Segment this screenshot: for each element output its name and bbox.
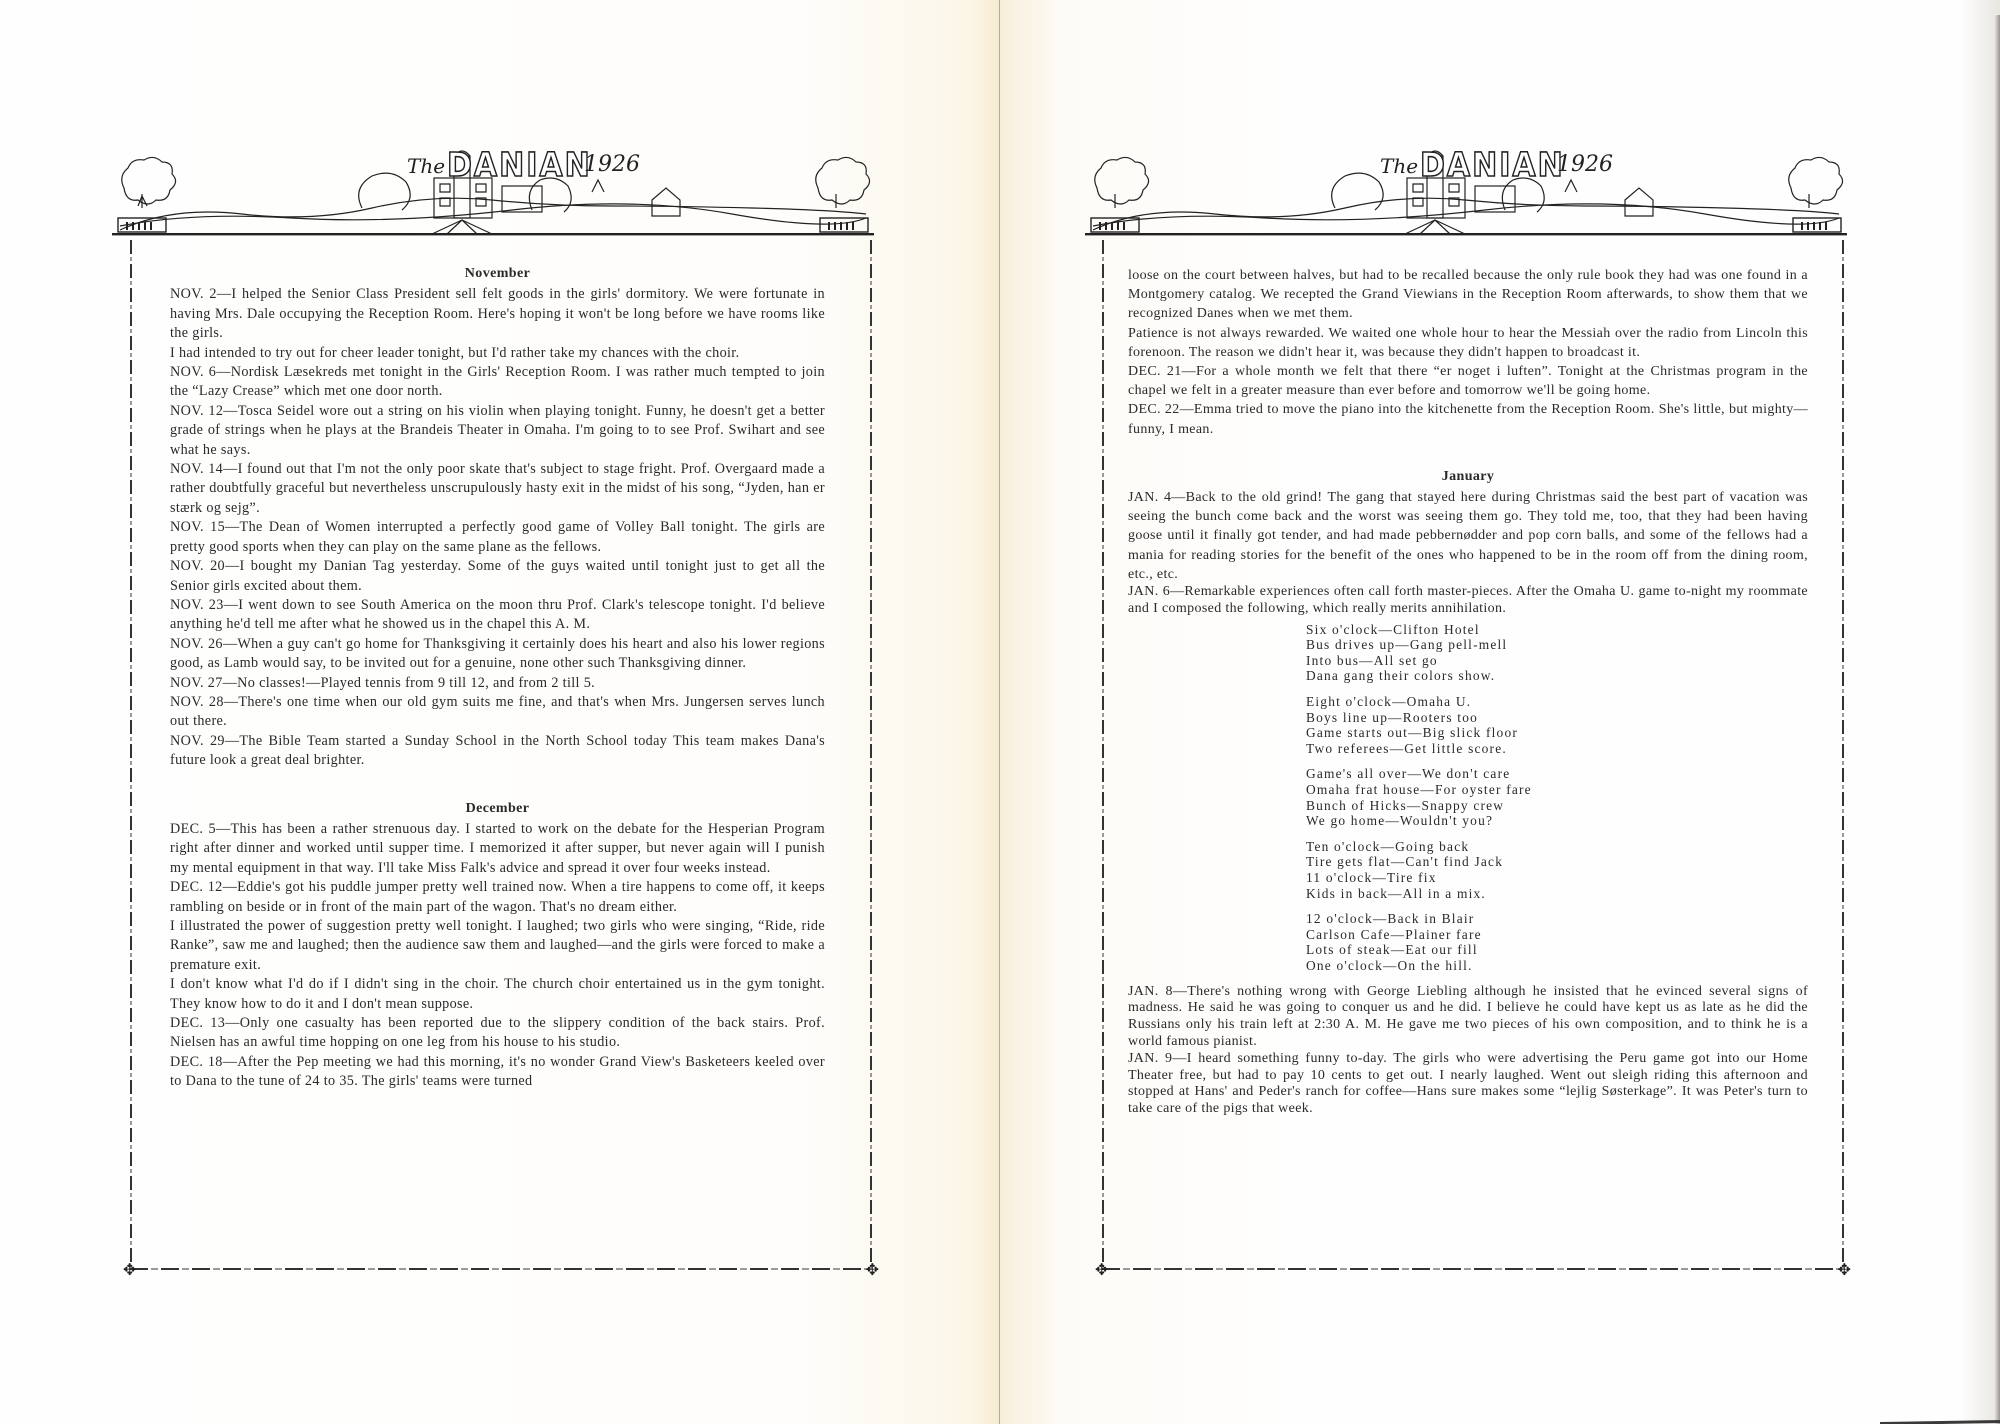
- poem-stanza: 12 o'clock—Back in BlairCarlson Cafe—Pla…: [1306, 911, 1808, 973]
- diary-entry: I illustrated the power of suggestion pr…: [170, 917, 825, 975]
- poem-line: Eight o'clock—Omaha U.: [1306, 694, 1808, 710]
- frame-right-rule: [870, 240, 872, 1270]
- diary-entry: NOV. 29—The Bible Team started a Sunday …: [170, 732, 825, 771]
- poem-line: Game's all over—We don't care: [1306, 766, 1808, 782]
- poem-line: Omaha frat house—For oyster fare: [1306, 782, 1808, 798]
- diary-entry: Patience is not always rewarded. We wait…: [1128, 324, 1808, 362]
- diary-entry: JAN. 9—I heard something funny to-day. T…: [1128, 1051, 1808, 1118]
- poem-line: Boys line up—Rooters too: [1306, 710, 1808, 726]
- poem-stanza: Ten o'clock—Going backTire gets flat—Can…: [1306, 839, 1808, 901]
- diary-entry: DEC. 13—Only one casualty has been repor…: [170, 1014, 825, 1053]
- yearbook-spread: The DANIAN 1926 ✥ ✥ November NOV. 2—I he…: [0, 0, 2000, 1424]
- diary-entry: NOV. 2—I helped the Senior Class Preside…: [170, 285, 825, 343]
- poem-line: Game starts out—Big slick floor: [1306, 725, 1808, 741]
- poem-line: Into bus—All set go: [1306, 653, 1808, 669]
- diary-entry: I don't know what I'd do if I didn't sin…: [170, 975, 825, 1014]
- diary-entry: NOV. 20—I bought my Danian Tag yesterday…: [170, 557, 825, 596]
- diary-entry: DEC. 22—Emma tried to move the piano int…: [1128, 400, 1808, 438]
- page-frame: ✥ ✥ loose on the court between halves, b…: [1102, 240, 1844, 1270]
- diary-entry: NOV. 27—No classes!—Played tennis from 9…: [170, 674, 825, 693]
- left-column: November NOV. 2—I helped the Senior Clas…: [170, 264, 825, 1092]
- frame-bottom-rule: [1102, 1268, 1844, 1270]
- diary-entry: NOV. 23—I went down to see South America…: [170, 596, 825, 635]
- diary-entry: NOV. 28—There's one time when our old gy…: [170, 693, 825, 732]
- poem-line: 12 o'clock—Back in Blair: [1306, 911, 1808, 927]
- diary-entry: DEC. 21—For a whole month we felt that t…: [1128, 362, 1808, 400]
- right-column: loose on the court between halves, but h…: [1128, 266, 1808, 1118]
- poem-stanza: Game's all over—We don't careOmaha frat …: [1306, 766, 1808, 828]
- corner-ornament-icon: ✥: [1095, 1262, 1108, 1278]
- poem-line: We go home—Wouldn't you?: [1306, 813, 1808, 829]
- poem-line: Bus drives up—Gang pell-mell: [1306, 637, 1808, 653]
- poem-line: Six o'clock—Clifton Hotel: [1306, 622, 1808, 638]
- diary-entry: NOV. 26—When a guy can't go home for Tha…: [170, 635, 825, 674]
- diary-entry: NOV. 12—Tosca Seidel wore out a string o…: [170, 402, 825, 460]
- campus-illustration: [112, 148, 874, 236]
- month-heading-november: November: [170, 264, 825, 283]
- header-banner: The DANIAN 1926: [112, 148, 874, 236]
- diary-entry: DEC. 5—This has been a rather strenuous …: [170, 820, 825, 878]
- diary-entry: JAN. 4—Back to the old grind! The gang t…: [1128, 488, 1808, 584]
- header-banner: The DANIAN 1926: [1085, 148, 1847, 236]
- diary-entry: DEC. 12—Eddie's got his puddle jumper pr…: [170, 878, 825, 917]
- frame-left-rule: [130, 240, 132, 1270]
- page-edge: [1880, 1420, 2000, 1424]
- diary-entry: NOV. 15—The Dean of Women interrupted a …: [170, 518, 825, 557]
- corner-ornament-icon: ✥: [123, 1262, 136, 1278]
- diary-entry: NOV. 6—Nordisk Læsekreds met tonight in …: [170, 363, 825, 402]
- after-poem-entries: JAN. 8—There's nothing wrong with George…: [1128, 984, 1808, 1118]
- poem-line: One o'clock—On the hill.: [1306, 958, 1808, 974]
- poem-line: Dana gang their colors show.: [1306, 668, 1808, 684]
- diary-entry: JAN. 8—There's nothing wrong with George…: [1128, 984, 1808, 1051]
- poem-line: Two referees—Get little score.: [1306, 741, 1808, 757]
- poem: Six o'clock—Clifton HotelBus drives up—G…: [1306, 622, 1808, 974]
- poem-line: Tire gets flat—Can't find Jack: [1306, 854, 1808, 870]
- frame-bottom-rule: [130, 1268, 872, 1270]
- right-page: The DANIAN 1926 ✥ ✥ loose on the court b…: [1000, 0, 2000, 1424]
- poem-line: Kids in back—All in a mix.: [1306, 886, 1808, 902]
- diary-entry: DEC. 18—After the Pep meeting we had thi…: [170, 1053, 825, 1092]
- corner-ornament-icon: ✥: [1838, 1262, 1851, 1278]
- corner-ornament-icon: ✥: [866, 1262, 879, 1278]
- poem-line: Bunch of Hicks—Snappy crew: [1306, 798, 1808, 814]
- left-page: The DANIAN 1926 ✥ ✥ November NOV. 2—I he…: [0, 0, 1000, 1424]
- poem-stanza: Eight o'clock—Omaha U.Boys line up—Roote…: [1306, 694, 1808, 756]
- poem-line: Lots of steak—Eat our fill: [1306, 942, 1808, 958]
- poem-line: 11 o'clock—Tire fix: [1306, 870, 1808, 886]
- poem-line: Carlson Cafe—Plainer fare: [1306, 927, 1808, 943]
- diary-entry: I had intended to try out for cheer lead…: [170, 344, 825, 363]
- diary-entry: NOV. 14—I found out that I'm not the onl…: [170, 460, 825, 518]
- frame-right-rule: [1842, 240, 1844, 1270]
- page-edge-shadow: [1994, 15, 2000, 1424]
- frame-left-rule: [1102, 240, 1104, 1270]
- month-heading-december: December: [170, 799, 825, 818]
- poem-line: Ten o'clock—Going back: [1306, 839, 1808, 855]
- month-heading-january: January: [1128, 467, 1808, 486]
- page-frame: ✥ ✥ November NOV. 2—I helped the Senior …: [130, 240, 872, 1270]
- campus-illustration: [1085, 148, 1847, 236]
- diary-entry: JAN. 6—Remarkable experiences often call…: [1128, 584, 1808, 618]
- poem-stanza: Six o'clock—Clifton HotelBus drives up—G…: [1306, 622, 1808, 684]
- diary-entry: loose on the court between halves, but h…: [1128, 266, 1808, 324]
